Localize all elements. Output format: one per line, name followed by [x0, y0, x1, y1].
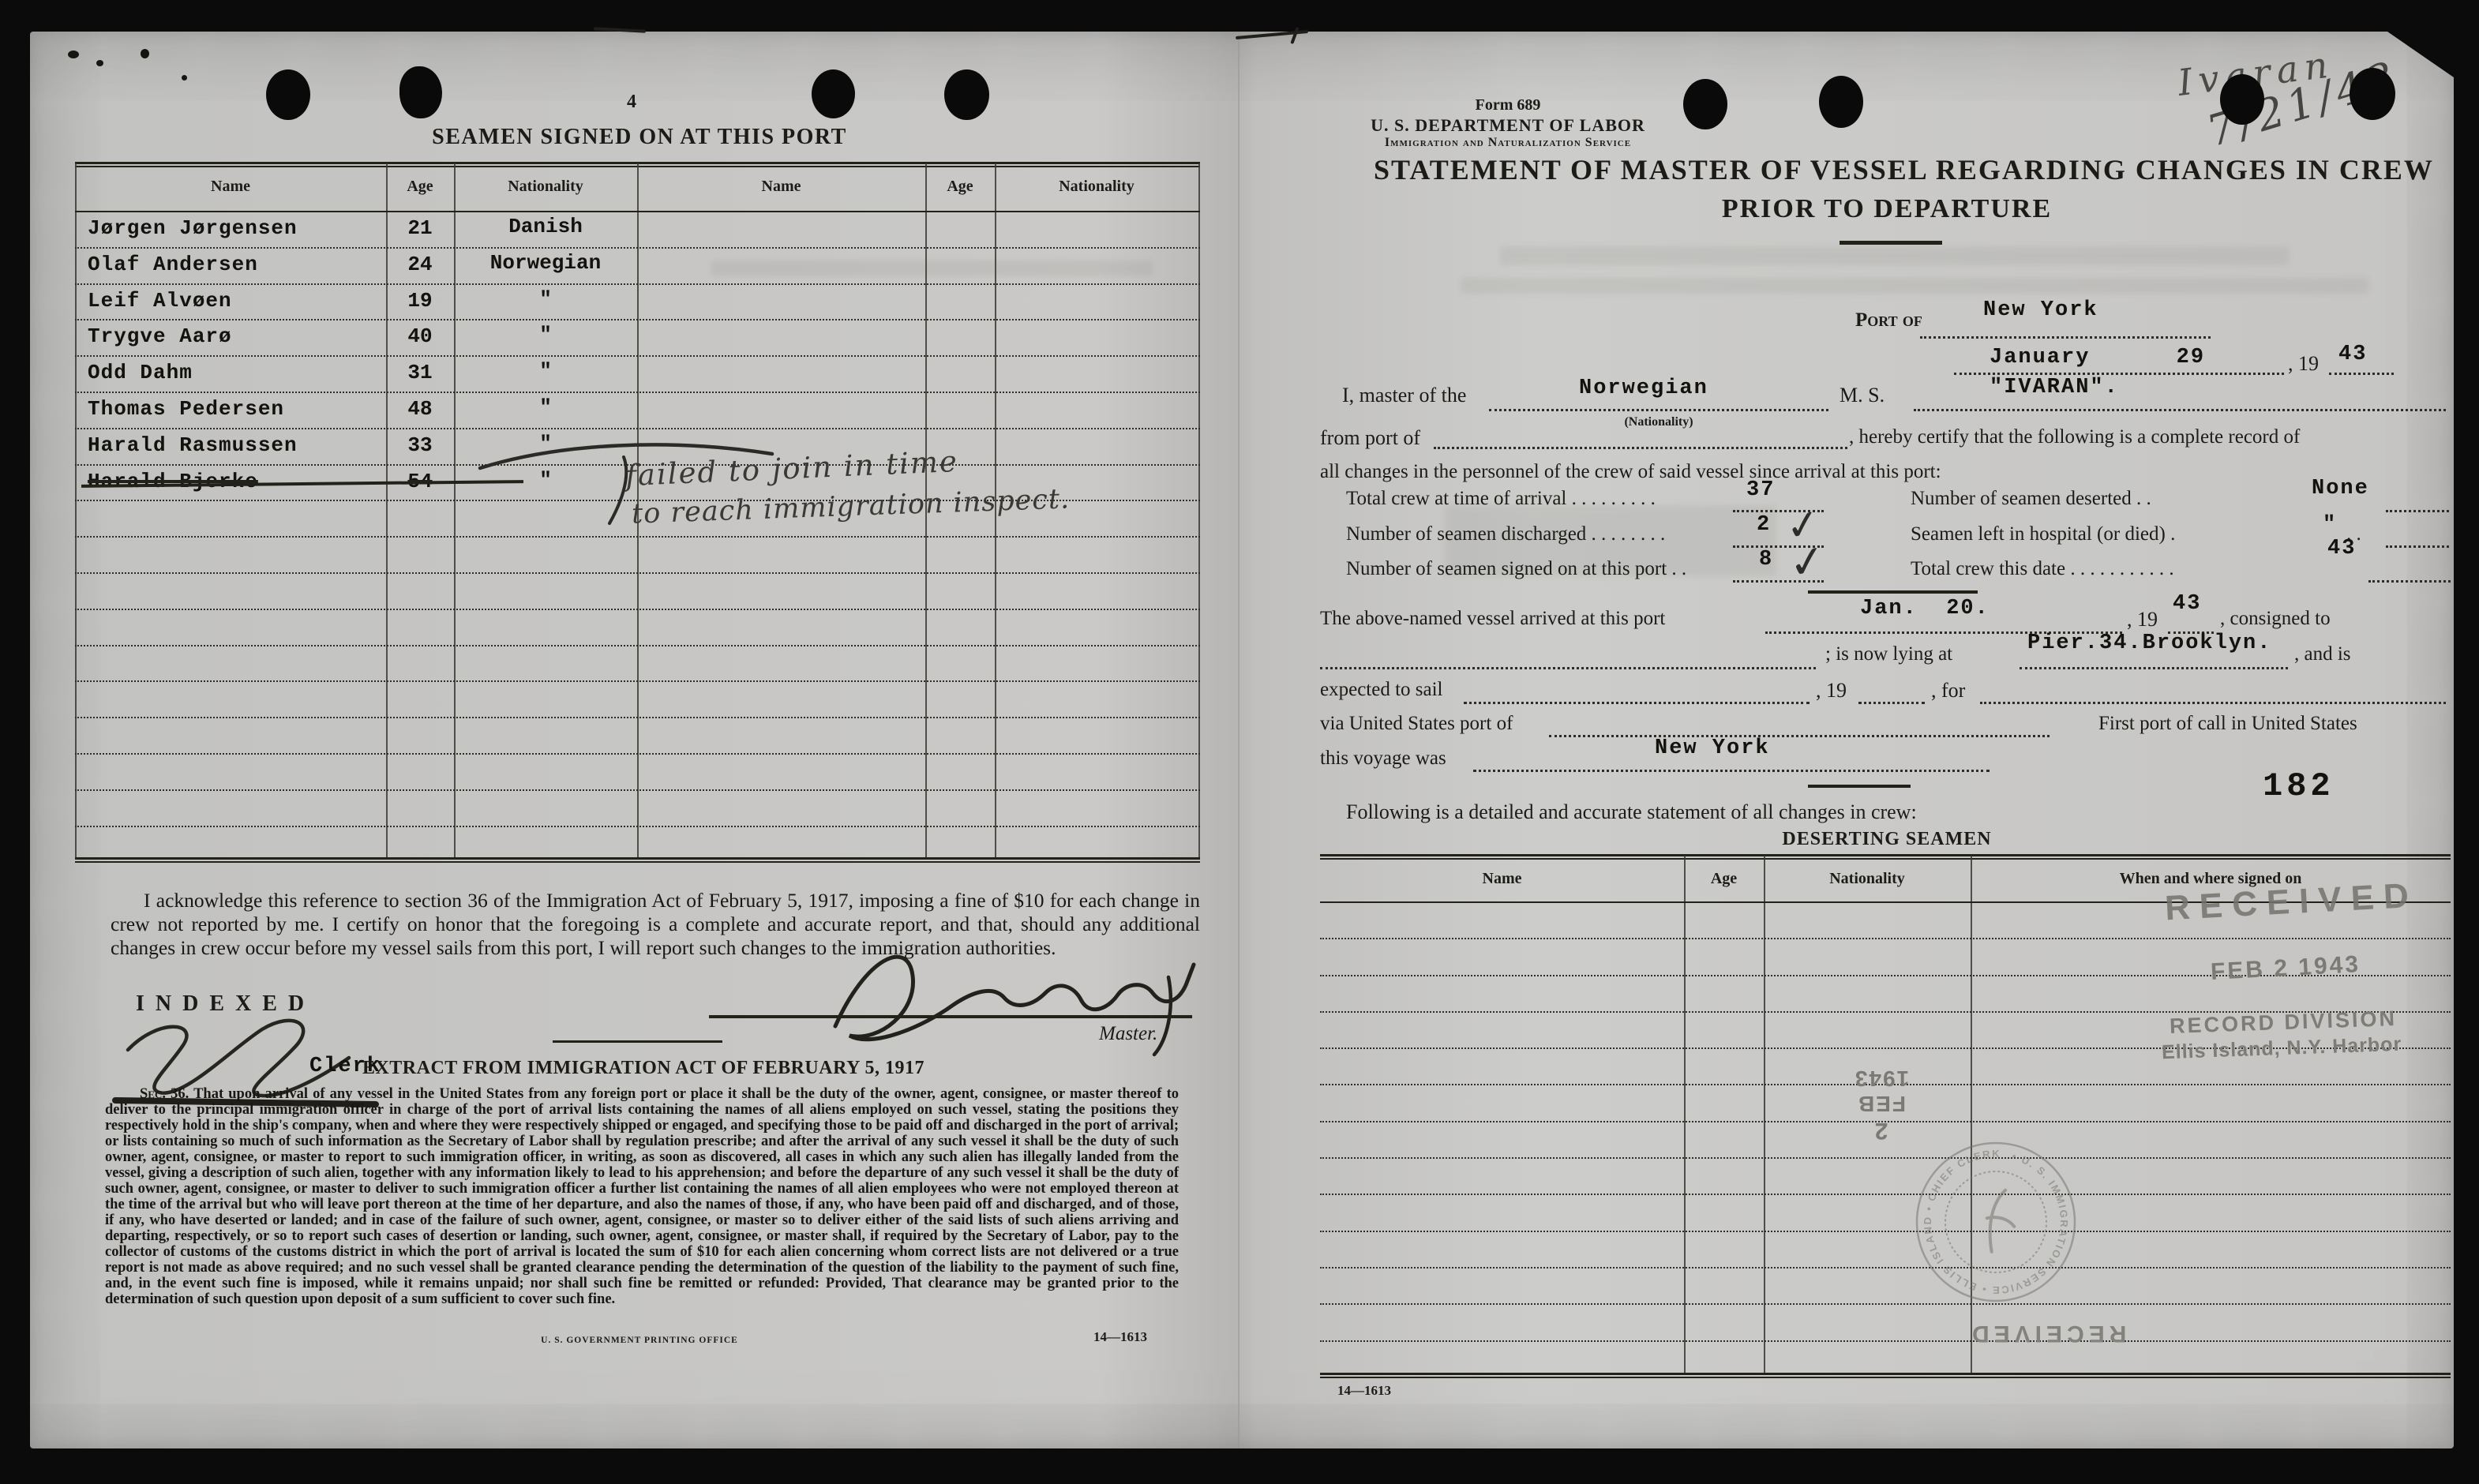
port-of-label: Port of — [1855, 309, 1922, 332]
from-port-label: from port of — [1320, 426, 1420, 450]
crew-name: Jørgen Jørgensen — [88, 216, 298, 240]
left-form-code: 14—1613 — [1093, 1329, 1147, 1345]
vessel-fill-line — [1914, 409, 2446, 411]
and-is-label: , and is — [2294, 643, 2351, 665]
table-row: Odd Dahm 31 " — [75, 357, 1200, 393]
crew-name: Thomas Pedersen — [88, 397, 284, 421]
hospital-fill — [2386, 545, 2449, 548]
table-row-empty — [75, 755, 1200, 791]
signed-on-value: 8 — [1759, 548, 1773, 571]
punch-hole — [1819, 76, 1863, 128]
table-row: Olaf Andersen 24 Norwegian — [75, 249, 1200, 285]
col-header-name2: Name — [637, 178, 925, 196]
statement-title-line2: PRIOR TO DEPARTURE — [1374, 194, 2400, 224]
crew-name: Leif Alvøen — [88, 289, 232, 313]
table-row-empty — [75, 574, 1200, 610]
deserted-fill — [2386, 510, 2449, 512]
extract-heading: EXTRACT FROM IMMIGRATION ACT OF FEBRUARY… — [107, 1058, 1180, 1079]
voyage-fill — [1473, 770, 1990, 772]
first-port-label: First port of call in United States — [2098, 713, 2357, 735]
voyage-rule — [1808, 785, 1911, 788]
crew-name: Harald Bjerke — [88, 470, 258, 493]
inverted-date-day: 2 — [1830, 1116, 1933, 1144]
from-port-fill-line — [1434, 447, 1847, 449]
table-row-empty — [75, 791, 1200, 827]
table-row-empty — [75, 610, 1200, 646]
arrived-year-prefix: , 19 — [2127, 608, 2158, 631]
col-header-age2: Age — [925, 178, 995, 196]
punch-hole — [399, 66, 442, 118]
ms-label: M. S. — [1840, 384, 1885, 407]
date-fill-line — [1954, 373, 2284, 375]
right-form-code: 14—1613 — [1337, 1383, 1391, 1399]
hospital-label: Seamen left in hospital (or died) . — [1911, 523, 2175, 545]
punch-hole — [1683, 79, 1727, 129]
table-row-empty — [1320, 1305, 2451, 1341]
signed-on-fill — [1733, 580, 1824, 583]
via-fill — [1549, 735, 2050, 737]
nationality-caption: (Nationality) — [1489, 415, 1828, 429]
table-row-empty — [1320, 1232, 2451, 1269]
statement-title-line1: STATEMENT OF MASTER OF VESSEL REGARDING … — [1374, 153, 2400, 186]
crew-age: 19 — [386, 289, 454, 313]
certify-text: , hereby certify that the following is a… — [1849, 426, 2300, 448]
punch-hole — [812, 69, 855, 118]
signature-line — [709, 1015, 1192, 1018]
bleedthrough — [1500, 246, 2290, 265]
seal-text: • U. S. IMMIGRATION SERVICE • ELLIS ISLA… — [1906, 1132, 2086, 1312]
crew-nationality: " — [454, 287, 637, 311]
total-date-fill — [2368, 580, 2451, 583]
ink-speck — [182, 75, 187, 81]
center-fold — [1238, 32, 1239, 1448]
date-value: January 29 — [1990, 346, 2205, 369]
torn-corner — [2387, 32, 2454, 77]
total-date-label: Total crew this date . . . . . . . . . .… — [1911, 558, 2174, 580]
title-rule — [1840, 241, 1942, 245]
crew-nationality: " — [454, 359, 637, 383]
table-row-empty — [1320, 1159, 2451, 1195]
svg-text:• U. S. IMMIGRATION SERVICE •: • U. S. IMMIGRATION SERVICE • ELLIS ISLA… — [1906, 1132, 2086, 1312]
arrived-year: 43 — [2173, 592, 2201, 616]
deserting-seamen-heading: DESERTING SEAMEN — [1721, 829, 2053, 850]
sec36-text: That upon arrival of any vessel in the U… — [105, 1086, 1179, 1307]
table-row-empty — [75, 538, 1200, 574]
crew-age: 31 — [386, 361, 454, 384]
table-rule — [75, 857, 1200, 863]
changes-text: all changes in the personnel of the crew… — [1320, 461, 1941, 483]
table-row: Thomas Pedersen 48 " — [75, 393, 1200, 429]
left-page-title: SEAMEN SIGNED ON AT THIS PORT — [316, 125, 963, 150]
deserted-label: Number of seamen deserted . . — [1911, 488, 2151, 510]
gpo-imprint: U. S. GOVERNMENT PRINTING OFFICE — [442, 1336, 837, 1345]
expected-for: , for — [1931, 679, 1965, 703]
page-number-stamp: 182 — [2263, 767, 2335, 805]
expected-label: expected to sail — [1320, 679, 1443, 701]
lying-value: Pier.34.Brooklyn. — [2027, 631, 2271, 655]
year-value: 43 — [2338, 343, 2367, 366]
consignee-fill — [1320, 667, 1816, 669]
col-header-name: Name — [1320, 870, 1684, 888]
punch-hole — [2220, 74, 2264, 125]
expected-fill1 — [1464, 702, 1810, 704]
table-row: Jørgen Jørgensen 21 Danish — [75, 212, 1200, 249]
col-header-nationality: Nationality — [1764, 870, 1971, 888]
nationality-value: Norwegian — [1579, 377, 1708, 400]
table-rule — [1320, 1373, 2451, 1378]
crew-nationality: Norwegian — [443, 251, 648, 275]
inverted-date-year: 1943 — [1830, 1066, 1933, 1091]
voyage-label: this voyage was — [1320, 748, 1446, 770]
table-row: Leif Alvøen 19 " — [75, 285, 1200, 321]
department-line: U. S. DEPARTMENT OF LABOR — [1318, 115, 1697, 136]
table-row: Trygve Aarø 40 " — [75, 320, 1200, 357]
deserted-value: None — [2312, 477, 2369, 500]
blank-line — [553, 1040, 722, 1043]
crew-age: 21 — [386, 216, 454, 240]
crew-nationality: " — [454, 395, 637, 419]
master-prefix: I, master of the — [1342, 384, 1466, 407]
sec36-paragraph: Sec. 36. That upon arrival of any vessel… — [105, 1086, 1179, 1307]
crew-age: 48 — [386, 397, 454, 421]
hospital-value: " — [2323, 513, 2337, 537]
year-fill-line — [2329, 373, 2394, 375]
crew-nationality: " — [454, 323, 637, 347]
inverted-date-stamp: 2 FEB 1943 — [1830, 1066, 1933, 1144]
crew-nationality: Danish — [454, 215, 637, 238]
port-value: New York — [1983, 298, 2098, 322]
discharged-value: 2 — [1757, 513, 1771, 537]
crew-name: Odd Dahm — [88, 361, 193, 384]
crew-age: 33 — [386, 433, 454, 457]
lying-label: ; is now lying at — [1825, 643, 1952, 665]
ink-speck — [68, 51, 79, 58]
page-number: 4 — [608, 92, 655, 113]
signed-on-label: Number of seamen signed on at this port … — [1346, 558, 1686, 580]
total-crew-value: 37 — [1746, 478, 1775, 502]
bleedthrough — [1461, 278, 2368, 294]
table-row-empty — [1320, 1195, 2451, 1231]
total-crew-label: Total crew at time of arrival . . . . . … — [1346, 488, 1656, 510]
ink-speck — [141, 49, 149, 58]
service-line: Immigration and Naturalization Service — [1318, 136, 1697, 150]
table-row-empty — [75, 718, 1200, 755]
arrived-value: Jan. 20. — [1860, 597, 1990, 620]
consigned-label: , consigned to — [2220, 608, 2331, 630]
col-header-age: Age — [1684, 870, 1764, 888]
inverted-received-stamp: RECEIVED — [1967, 1320, 2126, 1347]
nationality-fill-line — [1489, 409, 1828, 411]
total-date-value: 43 — [2327, 537, 2356, 560]
col-header-age: Age — [386, 178, 454, 196]
ink-speck — [96, 60, 103, 66]
punch-hole — [266, 69, 310, 120]
col-header-nationality2: Nationality — [995, 178, 1198, 196]
master-label: Master. — [1099, 1023, 1157, 1045]
punch-hole — [944, 69, 989, 120]
table-row-empty — [75, 646, 1200, 683]
form-number: Form 689 — [1334, 96, 1682, 114]
crew-name: Trygve Aarø — [88, 324, 232, 348]
inverted-date-month: FEB — [1830, 1091, 1933, 1116]
following-text: Following is a detailed and accurate sta… — [1346, 800, 1917, 824]
via-label: via United States port of — [1320, 713, 1513, 735]
vessel-value: "IVARAN". — [1990, 376, 2119, 399]
year-prefix: , 19 — [2288, 352, 2319, 376]
expected-fill3 — [1980, 702, 2446, 704]
discharged-label: Number of seamen discharged . . . . . . … — [1346, 523, 1665, 545]
document-scan: { "left": { "page_number": "4", "title":… — [0, 0, 2479, 1484]
table-rule — [1320, 854, 2451, 860]
col-header-name: Name — [75, 178, 386, 196]
voyage-value: New York — [1655, 736, 1770, 760]
table-row-empty — [75, 682, 1200, 718]
crew-name: Harald Rasmussen — [88, 433, 298, 457]
arrived-label: The above-named vessel arrived at this p… — [1320, 608, 1665, 630]
col-header-nationality: Nationality — [454, 178, 637, 196]
sec36-lead: Sec. 36. — [105, 1086, 189, 1102]
lying-fill — [2020, 667, 2288, 669]
stats-rule — [1808, 590, 1978, 594]
expected-fill2 — [1858, 702, 1925, 704]
crew-age: 40 — [386, 324, 454, 348]
port-fill-line — [1920, 336, 2211, 339]
punch-hole — [2350, 68, 2395, 120]
expected-19: , 19 — [1816, 679, 1847, 703]
crew-name: Olaf Andersen — [88, 253, 258, 276]
